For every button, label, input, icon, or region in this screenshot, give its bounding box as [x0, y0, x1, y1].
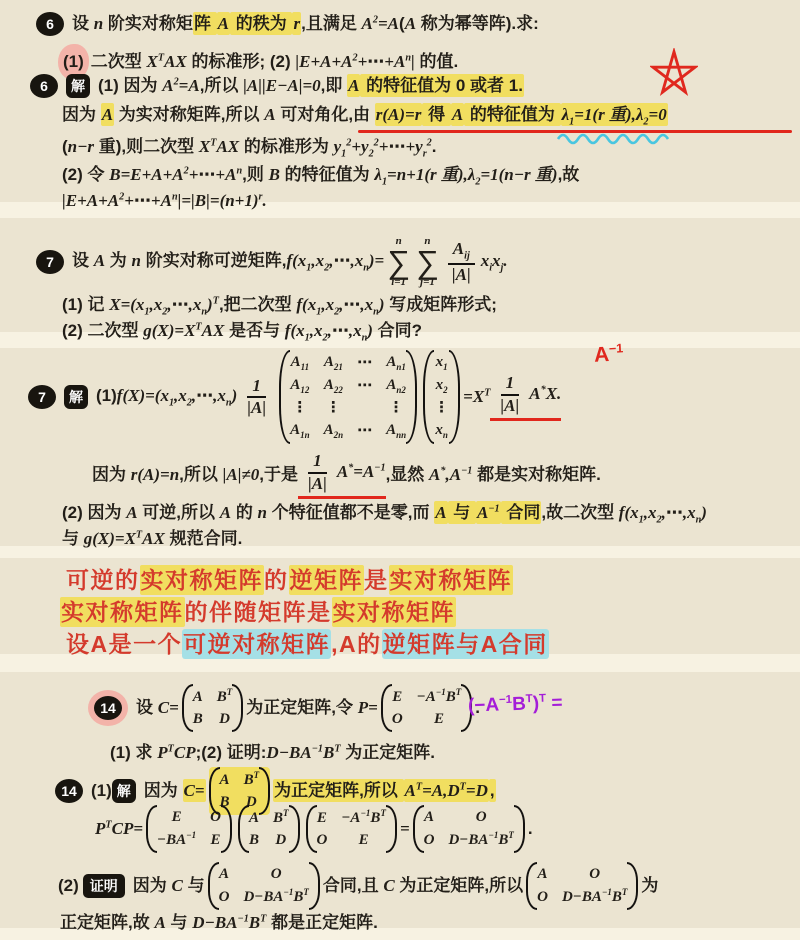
matrix-P: E−A−1BTOE	[381, 684, 472, 732]
problem7-stem-pre: 设 A 为 n 阶实对称可逆矩阵,f(x1,x2,⋯,xn)=	[72, 250, 384, 275]
sum-symbol: n ∑ i=1	[387, 236, 410, 288]
problem7-number-badge: 7	[28, 385, 56, 409]
handwritten-note-2: 实对称矩阵的伴随矩阵是实对称矩阵	[60, 594, 456, 627]
part1-label: (1)	[63, 52, 84, 71]
solution7-eq-pre: (1)f(X)=(x1,x2,⋯,xn)	[96, 385, 237, 410]
result-matrix: AOOD−BA−1BT	[413, 805, 525, 853]
solution6-text4: (2) 令 B=E+A+A2+⋯+An,则 B 的特征值为 λ1=n+1(r 重…	[62, 164, 579, 189]
problem7-stem-line2: (1) 记 X=(x1,x2,⋯,xn)T,把二次型 f(x1,x2,⋯,xn)…	[62, 294, 497, 319]
pink-circle-annotation: 14	[88, 690, 128, 726]
textbook-page: 6 设 n 阶实对称矩阵 A 的秩为 r,且满足 A2=A(A 称为幂等阵).求…	[0, 0, 800, 940]
part2-text-c: 为	[641, 875, 658, 897]
ptcp-label: PTCP=	[95, 818, 143, 840]
proof-badge: 证明	[83, 874, 125, 898]
solution14-part2-row: (2) 证明 因为 C 与 AOOD−BA−1BT 合同,且 C 为正定矩阵,所…	[58, 858, 658, 914]
problem6-number-badge: 6	[36, 12, 64, 36]
part2-text-a: 因为 C 与	[133, 875, 205, 897]
solution7-text4: 与 g(X)=XTAX 规范合同.	[62, 528, 242, 550]
problem14-stem-line1: 14 设 C= ABTBD 为正定矩阵,令 P= E−A−1BTOE .	[88, 676, 480, 740]
solution14-text1a: 因为 C=	[144, 780, 206, 802]
fraction: Aij |A|	[447, 239, 476, 285]
solution7-line2: 因为 r(A)=n,所以 |A|≠0,于是 1 |A| A*=A−1 ,显然 A…	[92, 452, 601, 498]
red-underlined-group: 1 |A| A*X.	[490, 373, 561, 421]
purple-note-text: (−A−1BT)T =	[468, 693, 563, 717]
x-column-vector: x1x2⋮xn	[423, 350, 460, 445]
matrix-C: ABTBD	[238, 805, 300, 853]
fraction: 1 |A|	[242, 376, 271, 419]
solution7-eq-post: A*X.	[529, 383, 561, 405]
problem7-part2: (2) 二次型 g(X)=XTAX 是否与 f(x1,x2,⋯,xn) 合同?	[62, 320, 422, 345]
matrix-C: ABTBD	[182, 684, 244, 732]
solution6-line1: 6 解 (1) 因为 A2=A,所以 |A||E−A|=0,即 A 的特征值为 …	[30, 74, 524, 98]
problem14-parts: (1) 求 PTCP;(2) 证明:D−BA−1BT 为正定矩阵.	[110, 742, 435, 764]
problem14-stem-line2: (1) 求 PTCP;(2) 证明:D−BA−1BT 为正定矩阵.	[110, 742, 435, 764]
solution6-text5: |E+A+A2+⋯+An|=|B|=(n+1)r.	[62, 190, 267, 212]
solution6-line2: 因为 A 为实对称矩阵,所以 A 可对角化,由 r(A)=r 得 A 的特征值为…	[62, 104, 668, 129]
problem7-number-badge: 7	[36, 250, 64, 274]
part1-label: (1)	[91, 780, 112, 802]
solution7-line2-mid: A*=A−1	[337, 461, 386, 483]
solution7-eq-mid: =XT	[463, 386, 490, 408]
problem7-stem-line3: (2) 二次型 g(X)=XTAX 是否与 f(x1,x2,⋯,xn) 合同?	[62, 320, 422, 345]
solution14-equation-row: PTCP= EO−BA−1E ABTBD E−A−1BTOE = AOOD−BA…	[95, 800, 533, 858]
matrix-PT: EO−BA−1E	[146, 805, 232, 853]
handwritten-note-1: 可逆的实对称矩阵的逆矩阵是实对称矩阵	[66, 562, 513, 595]
handwritten-inverse-text: A−1	[593, 342, 624, 367]
solution14-text1b: 为正定矩阵,所以 AT=A,DT=D,	[273, 780, 496, 802]
note2-text: 实对称矩阵的伴随矩阵是实对称矩阵	[60, 597, 456, 627]
solution6-line5: |E+A+A2+⋯+An|=|B|=(n+1)r.	[62, 190, 267, 212]
problem6-stem-text: 设 n 阶实对称矩阵 A 的秩为 r,且满足 A2=A(A 称为幂等阵).求:	[72, 13, 539, 35]
solution6-text2: 因为 A 为实对称矩阵,所以 A 可对角化,由 r(A)=r 得 A 的特征值为…	[62, 104, 668, 129]
sum-symbol: n ∑ j=1	[416, 236, 439, 288]
handwritten-purple-note: (−A−1BT)T =	[468, 692, 563, 718]
handwritten-note-3: 设A是一个可逆对称矩阵,A的逆矩阵与A合同	[66, 626, 549, 659]
problem6-stem-text2: 二次型 XTAX 的标准形; (2) |E+A+A2+⋯+An| 的值.	[91, 51, 458, 73]
solution6-line3: (n−r 重),则二次型 XTAX 的标准形为 y12+y22+⋯+yr2.	[62, 136, 436, 161]
note3-text: 设A是一个可逆对称矩阵,A的逆矩阵与A合同	[66, 629, 549, 659]
problem7-part1: (1) 记 X=(x1,x2,⋯,xn)T,把二次型 f(x1,x2,⋯,xn)…	[62, 294, 497, 319]
solution-badge: 解	[66, 74, 90, 98]
block-diagonal-matrix: AOOD−BA−1BT	[526, 862, 638, 910]
period: .	[528, 818, 533, 840]
red-underlined-group: 1 |A| A*=A−1	[298, 451, 386, 499]
solution6-text3: (n−r 重),则二次型 XTAX 的标准形为 y12+y22+⋯+yr2.	[62, 136, 436, 161]
fraction: 1 |A|	[495, 373, 524, 416]
solution6-text1: (1) 因为 A2=A,所以 |A||E−A|=0,即 A 的特征值为 0 或者…	[98, 75, 524, 97]
fraction: 1 |A|	[303, 451, 332, 494]
part2-label: (2)	[58, 875, 79, 897]
problem6-number-badge: 6	[30, 74, 58, 98]
solution7-line2-pre: 因为 r(A)=n,所以 |A|≠0,于是	[92, 464, 298, 486]
solution6-line4: (2) 令 B=E+A+A2+⋯+An,则 B 的特征值为 λ1=n+1(r 重…	[62, 164, 579, 189]
solution7-line2-post: ,显然 A*,A−1 都是实对称矩阵.	[386, 464, 601, 486]
star-icon	[650, 48, 698, 96]
equals-sign: =	[400, 818, 410, 840]
squiggle-underline-icon	[556, 131, 676, 145]
note1-text: 可逆的实对称矩阵的逆矩阵是实对称矩阵	[66, 565, 513, 595]
problem14-mid: 为正定矩阵,令 P=	[246, 697, 378, 719]
solution7-equation-row: 7 解 (1)f(X)=(x1,x2,⋯,xn) 1 |A| A11A21⋯An…	[28, 348, 561, 446]
matrix-P: E−A−1BTOE	[306, 805, 397, 853]
problem7-stem-line1: 7 设 A 为 n 阶实对称可逆矩阵,f(x1,x2,⋯,xn)= n ∑ i=…	[36, 234, 508, 290]
part2-text-b: 合同,且 C 为正定矩阵,所以	[323, 875, 523, 897]
solution7-line4: 与 g(X)=XTAX 规范合同.	[62, 528, 242, 550]
problem14-number-badge: 14	[94, 696, 122, 720]
solution14-last-line: 正定矩阵,故 A 与 D−BA−1BT 都是正定矩阵.	[60, 912, 378, 934]
problem7-stem-post: xixj.	[481, 250, 508, 275]
solution7-text3: (2) 因为 A 可逆,所以 A 的 n 个特征值都不是零,而 A 与 A−1 …	[62, 502, 707, 527]
problem6-stem-line1: 6 设 n 阶实对称矩阵 A 的秩为 r,且满足 A2=A(A 称为幂等阵).求…	[36, 12, 539, 36]
handwritten-inverse-note: A−1	[593, 341, 624, 368]
problem14-pre: 设 C=	[136, 697, 179, 719]
part2-conclusion: 正定矩阵,故 A 与 D−BA−1BT 都是正定矩阵.	[60, 912, 378, 934]
solution-badge: 解	[64, 385, 88, 409]
problem14-number-badge: 14	[55, 779, 83, 803]
block-diagonal-matrix: AOOD−BA−1BT	[208, 862, 320, 910]
cofactor-matrix: A11A21⋯An1A12A22⋯An2⋮⋮⋮A1nA2n⋯Ann	[279, 350, 417, 445]
solution7-line3: (2) 因为 A 可逆,所以 A 的 n 个特征值都不是零,而 A 与 A−1 …	[62, 502, 707, 527]
